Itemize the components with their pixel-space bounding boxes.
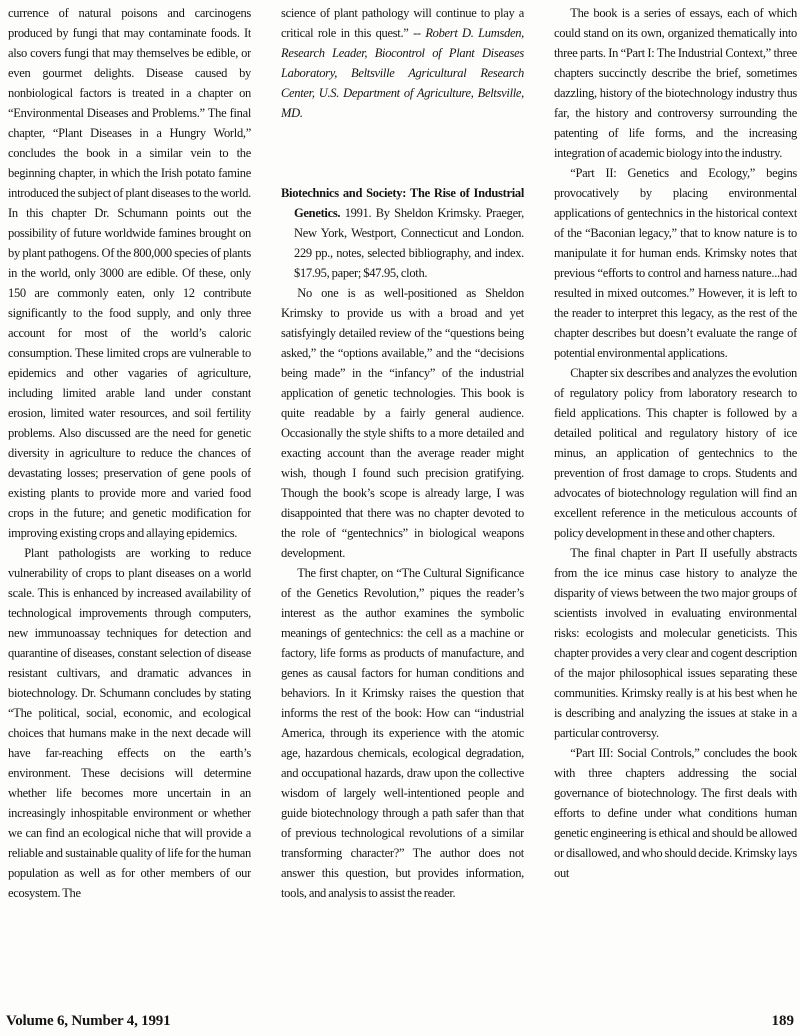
paragraph-col2-2: No one is as well-positioned as Sheldon … [281,283,524,563]
footer-volume-line: Volume 6, Number 4, 1991 [6,1013,170,1030]
paragraph-col3-2: “Part II: Genetics and Ecology,” begins … [554,163,797,363]
paragraph-col3-3: Chapter six describes and analyzes the e… [554,363,797,543]
text-columns: currence of natural poisons and carcinog… [8,3,797,997]
column-2: science of plant pathology will continue… [281,3,524,997]
paragraph-col3-5: “Part III: Social Controls,” concludes t… [554,743,797,883]
column-3: The book is a series of essays, each of … [554,3,797,997]
journal-page: currence of natural poisons and carcinog… [0,0,800,1036]
section-gap [281,123,524,183]
paragraph-col2-3: The first chapter, on “The Cultural Sign… [281,563,524,903]
book-citation: Biotechnics and Society: The Rise of Ind… [281,183,524,283]
paragraph-col1-2: Plant pathologists are working to reduce… [8,543,251,903]
paragraph-col3-4: The final chapter in Part II usefully ab… [554,543,797,743]
reviewer-attribution: Robert D. Lumsden, Research Leader, Bioc… [281,26,524,120]
column-1: currence of natural poisons and carcinog… [8,3,251,997]
paragraph-col1-continuation: currence of natural poisons and carcinog… [8,3,251,543]
paragraph-col3-1: The book is a series of essays, each of … [554,3,797,163]
paragraph-col2-continuation: science of plant pathology will continue… [281,3,524,123]
footer-page-number: 189 [772,1013,795,1030]
